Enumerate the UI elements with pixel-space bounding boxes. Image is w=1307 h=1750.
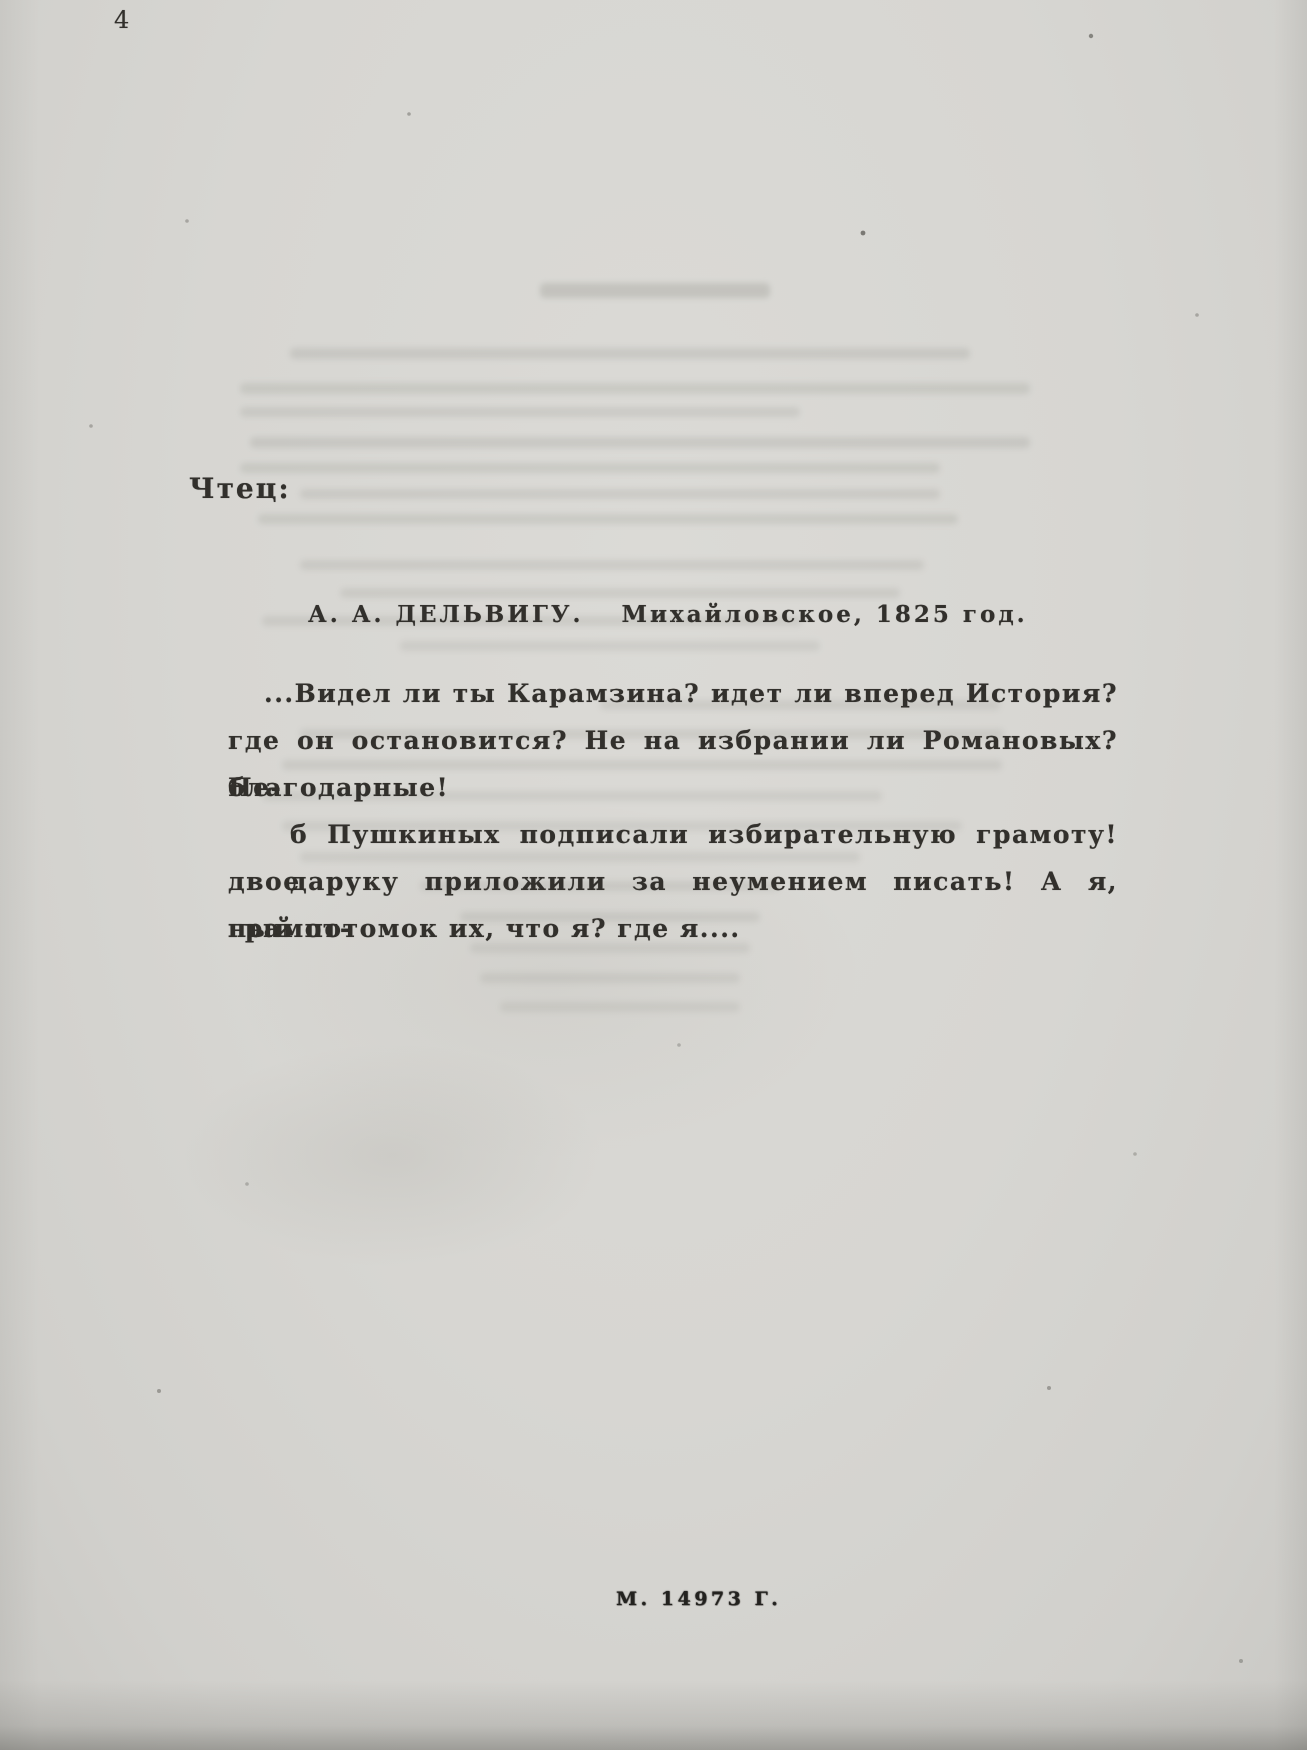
bleed-through-line xyxy=(258,514,958,524)
printer-mark: М. 14973 Г. xyxy=(616,1588,781,1610)
bleed-through-line xyxy=(240,407,800,417)
page-number: 4 xyxy=(114,6,130,34)
bleed-through-line xyxy=(500,1002,740,1012)
letter-body: ...Видел ли ты Карамзина? идет ли вперед… xyxy=(228,670,1118,952)
dust-specks xyxy=(0,0,2,2)
letter-heading: А. А. ДЕЛЬВИГУ. Михайловское, 1825 год. xyxy=(308,601,1028,628)
bleed-through-line xyxy=(240,463,940,473)
bleed-through-line xyxy=(340,588,900,598)
bleed-through-line xyxy=(240,383,1030,394)
bleed-through-line xyxy=(250,437,1030,448)
bleed-through-line xyxy=(290,348,970,359)
paragraph1-line2: где он остановится? Не на избрании ли Ро… xyxy=(228,717,1118,764)
paragraph1-line1: ...Видел ли ты Карамзина? идет ли вперед… xyxy=(228,670,1118,717)
place-date-text: Михайловское, 1825 год. xyxy=(622,601,1028,628)
paragraph2-line3: ный потомок их, что я? где я.... xyxy=(228,905,1118,952)
paragraph2-line2: двое руку приложили за неумением писать!… xyxy=(228,858,1118,905)
bleed-through-line xyxy=(300,560,924,570)
bleed-through-line xyxy=(300,489,940,499)
bleed-through-line xyxy=(400,641,820,651)
bleed-through-line xyxy=(480,973,740,983)
paragraph2-line1: б Пушкиных подписали избирательную грамо… xyxy=(228,811,1118,858)
bleed-through-line xyxy=(540,283,770,298)
scanned-typewritten-page: 4 Чтец: А. А. ДЕЛЬВИГУ. Михайловское, 18… xyxy=(0,0,1307,1750)
speaker-label: Чтец: xyxy=(189,472,291,505)
dedication-text: А. А. ДЕЛЬВИГУ. xyxy=(308,601,584,628)
paragraph1-line3: благодарные! xyxy=(228,764,1118,811)
